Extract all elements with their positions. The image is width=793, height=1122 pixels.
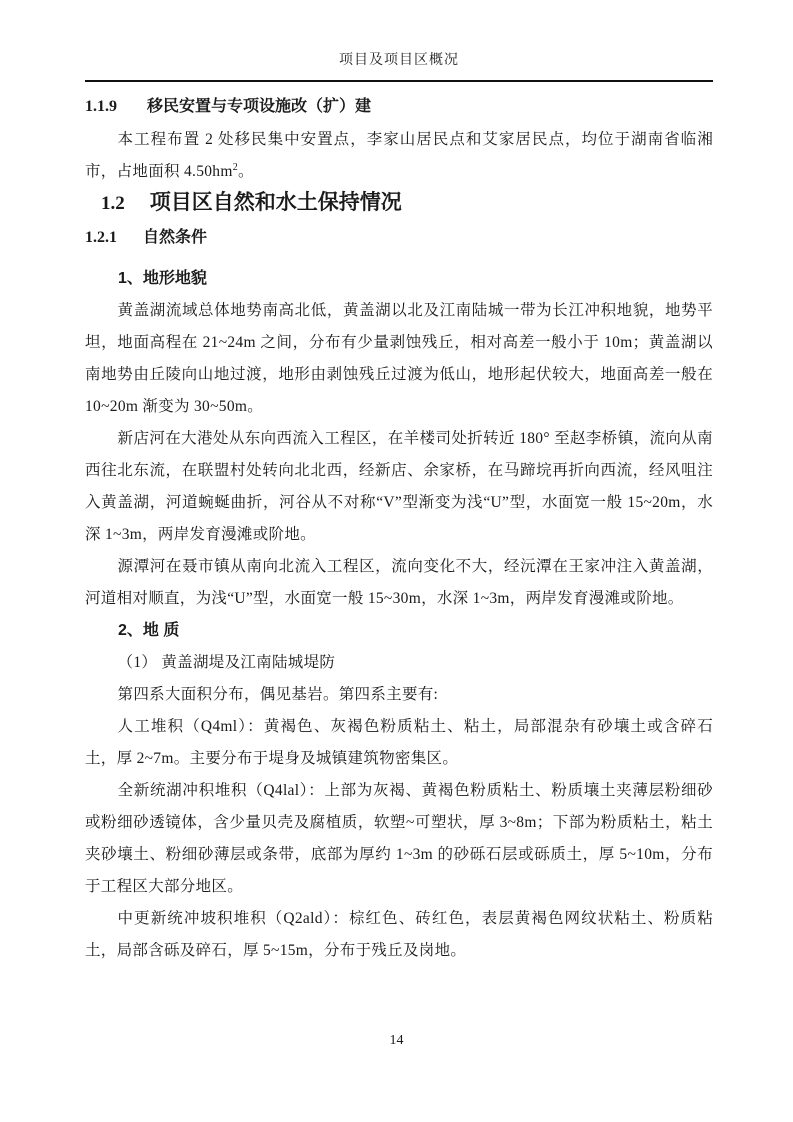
running-header: 项目及项目区概况	[85, 52, 713, 70]
paragraph-q4ml: 人工堆积（Q4ml）：黄褐色、灰褐色粉质粘土、粘土，局部混杂有砂壤土或含碎石土，…	[85, 711, 713, 775]
paragraph-q2ald: 中更新统冲坡积堆积（Q2ald）：棕红色、砖红色，表层黄褐色网纹状粘土、粉质粘土…	[85, 903, 713, 967]
paragraph-xindian-river: 新店河在大港处从东向西流入工程区，在羊楼司处折转近 180° 至赵李桥镇，流向从…	[85, 423, 713, 551]
subheading-geology: 2、地 质	[85, 615, 713, 647]
paragraph-resettlement: 本工程布置 2 处移民集中安置点，李家山居民点和艾家居民点，均位于湖南省临湘市，…	[85, 124, 713, 188]
heading-1-2-1: 1.2.1自然条件	[85, 227, 713, 249]
document-page: 项目及项目区概况 1.1.9移民安置与专项设施改（扩）建 本工程布置 2 处移民…	[0, 0, 793, 1122]
heading-title: 移民安置与专项设施改（扩）建	[147, 98, 371, 115]
paragraph-text: 本工程布置 2 处移民集中安置点，李家山居民点和艾家居民点，均位于湖南省临湘市，…	[85, 131, 713, 180]
heading-title: 自然条件	[143, 229, 207, 246]
subheading-terrain: 1、地形地貌	[85, 263, 713, 295]
paragraph-tail: 。	[238, 163, 254, 180]
heading-number: 1.1.9	[85, 98, 117, 115]
heading-number: 1.2	[101, 193, 125, 214]
heading-1-1-9: 1.1.9移民安置与专项设施改（扩）建	[85, 96, 713, 118]
paragraph-terrain: 黄盖湖流域总体地势南高北低，黄盖湖以北及江南陆城一带为长江冲积地貌，地势平坦，地…	[85, 295, 713, 423]
paragraph-quaternary: 第四系大面积分布，偶见基岩。第四系主要有:	[85, 679, 713, 711]
header-rule	[85, 80, 713, 82]
heading-number: 1.2.1	[85, 229, 117, 246]
heading-1-2: 1.2项目区自然和水土保持情况	[85, 190, 713, 217]
heading-title: 项目区自然和水土保持情况	[150, 191, 402, 214]
paragraph-yuantan-river: 源潭河在聂市镇从南向北流入工程区，流向变化不大，经沅潭在王家冲注入黄盖湖，河道相…	[85, 551, 713, 615]
subheading-dike: （1） 黄盖湖堤及江南陆城堤防	[85, 647, 713, 679]
page-number: 14	[0, 1032, 793, 1050]
paragraph-q4lal: 全新统湖冲积堆积（Q4lal）：上部为灰褐、黄褐色粉质粘土、粉质壤土夹薄层粉细砂…	[85, 775, 713, 903]
page-content: 项目及项目区概况 1.1.9移民安置与专项设施改（扩）建 本工程布置 2 处移民…	[0, 0, 793, 967]
